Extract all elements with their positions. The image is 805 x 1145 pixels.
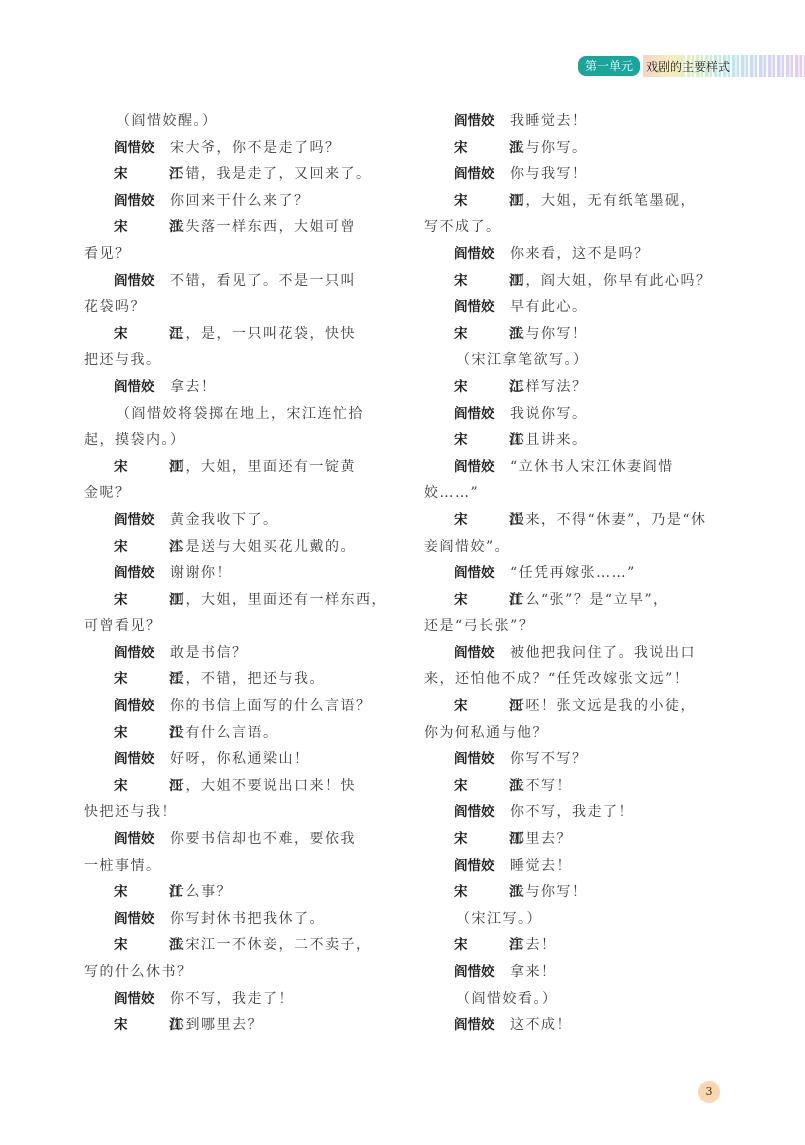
- dialogue-text: 哪里去？: [510, 831, 572, 847]
- dialogue-line: 阎惜姣拿来！: [424, 959, 724, 986]
- speaker-name: 阎惜姣: [454, 401, 510, 428]
- dialogue-text: 啊，大姐，里面还有一样东西，: [170, 592, 387, 608]
- dialogue-text: 你写封休书把我休了。: [170, 911, 325, 927]
- speaker-name: 宋 江: [454, 773, 510, 800]
- continuation-line: 来，还怕他不成？“任凭改嫁张文远”！: [424, 666, 724, 693]
- continuation-line: 还是“弓长张”？: [424, 613, 724, 640]
- dialogue-line: 阎惜姣你的书信上面写的什么言语？: [84, 693, 384, 720]
- dialogue-text: 没有什么言语。: [170, 725, 279, 741]
- continuation-text: 起，摸袋内。）: [84, 432, 186, 448]
- speaker-name: 宋 江: [454, 932, 510, 959]
- speaker-name: 阎惜姣: [114, 560, 170, 587]
- speaker-name: 阎惜姣: [454, 560, 510, 587]
- continuation-text: 把还与我。: [84, 352, 162, 368]
- speaker-name: 宋 江: [114, 321, 170, 348]
- speaker-name: 宋 江: [454, 135, 510, 162]
- speaker-name: 阎惜姣: [454, 454, 510, 481]
- speaker-name: 宋 江: [454, 826, 510, 853]
- dialogue-text: 好呀，你私通梁山！: [170, 751, 310, 767]
- dialogue-text: 你写不写？: [510, 751, 588, 767]
- dialogue-text: 本是送与大姐买花儿戴的。: [170, 539, 356, 555]
- speaker-name: 阎惜姣: [454, 241, 510, 268]
- speaker-name: 宋 江: [454, 188, 510, 215]
- continuation-text: 姣……”: [424, 485, 479, 501]
- dialogue-text: 我说你写。: [510, 406, 588, 422]
- dialogue-text: 嗳，不错，把还与我。: [170, 671, 325, 687]
- continuation-text: 一桩事情。: [84, 858, 162, 874]
- dialogue-line: 阎惜姣我说你写。: [424, 401, 724, 428]
- dialogue-line: 阎惜姣早有此心。: [424, 294, 724, 321]
- stage-direction: （宋江拿笔欲写。）: [424, 347, 724, 374]
- dialogue-line: 阎惜姣我睡觉去！: [424, 108, 724, 135]
- dialogue-line: 阎惜姣不错，看见了。不是一只叫: [84, 268, 384, 295]
- stage-direction-text: （阎惜姣将袋掷在地上，宋江连忙拾: [116, 406, 364, 422]
- dialogue-line: 阎惜姣“立休书人宋江休妻阎惜: [424, 454, 724, 481]
- speaker-name: 阎惜姣: [114, 507, 170, 534]
- unit-title: 戏剧的主要样式: [646, 58, 730, 75]
- dialogue-line: 宋 江我宋江一不休妾，二不卖子，: [84, 932, 384, 959]
- speaker-name: 宋 江: [114, 534, 170, 561]
- dialogue-line: 宋 江嗳，不错，把还与我。: [84, 666, 384, 693]
- speaker-name: 阎惜姣: [114, 826, 170, 853]
- dialogue-text: 不错，看见了。不是一只叫: [170, 273, 356, 289]
- continuation-text: 花袋吗？: [84, 299, 146, 315]
- continuation-text: 来，还怕他不成？“任凭改嫁张文远”！: [424, 671, 689, 687]
- dialogue-text: 是，是，一只叫花袋，快快: [170, 326, 356, 342]
- continuation-text: 妾阎惜姣”。: [424, 539, 510, 555]
- dialogue-line: 阎惜姣“任凭再嫁张……”: [424, 560, 724, 587]
- speaker-name: 阎惜姣: [454, 108, 510, 135]
- speaker-name: 宋 江: [114, 1012, 170, 1039]
- speaker-name: 阎惜姣: [454, 799, 510, 826]
- continuation-text: 金呢？: [84, 485, 131, 501]
- speaker-name: 阎惜姣: [454, 746, 510, 773]
- dialogue-line: 宋 江没有什么言语。: [84, 720, 384, 747]
- dialogue-line: 阎惜姣你不写，我走了！: [424, 799, 724, 826]
- dialogue-text: 怎样写法？: [510, 379, 588, 395]
- speaker-name: 阎惜姣: [454, 161, 510, 188]
- speaker-name: 宋 江: [114, 879, 170, 906]
- dialogue-line: 宋 江什么事？: [84, 879, 384, 906]
- dialogue-text: 被他把我问住了。我说出口: [510, 645, 696, 661]
- continuation-text: 可曾看见？: [84, 618, 162, 634]
- dialogue-text: 我与你写！: [510, 326, 588, 342]
- dialogue-text: 你来看，这不是吗？: [510, 246, 650, 262]
- dialogue-text: 你不写，我走了！: [170, 991, 294, 1007]
- continuation-line: 姣……”: [424, 480, 724, 507]
- stage-direction-text: （阎惜姣看。）: [456, 991, 558, 1007]
- dialogue-line: 宋 江我与你写。: [424, 135, 724, 162]
- dialogue-line: 宋 江拿去！: [424, 932, 724, 959]
- dialogue-text: 睡觉去！: [510, 858, 572, 874]
- dialogue-text: 这不成！: [510, 1017, 572, 1033]
- dialogue-line: 阎惜姣黄金我收下了。: [84, 507, 384, 534]
- dialogue-line: 阎惜姣拿去！: [84, 374, 384, 401]
- continuation-line: 写的什么休书？: [84, 959, 384, 986]
- stage-direction-text: （宋江拿笔欲写。）: [456, 352, 589, 368]
- dialogue-text: 我睡觉去！: [510, 113, 588, 129]
- continuation-line: 花袋吗？: [84, 294, 384, 321]
- dialogue-text: 我失落一样东西，大姐可曾: [170, 219, 356, 235]
- speaker-name: 宋 江: [114, 773, 170, 800]
- dialogue-line: 宋 江我失落一样东西，大姐可曾: [84, 214, 384, 241]
- unit-title-banner: 戏剧的主要样式: [643, 55, 805, 77]
- dialogue-text: 拿去！: [170, 379, 217, 395]
- speaker-name: 阎惜姣: [114, 986, 170, 1013]
- dialogue-line: 宋 江啊，大姐，里面还有一锭黄: [84, 454, 384, 481]
- dialogue-text: 你回来干什么来了？: [170, 193, 310, 209]
- dialogue-line: 阎惜姣敢是书信？: [84, 640, 384, 667]
- stage-direction: （阎惜姣醒。）: [84, 108, 384, 135]
- continuation-text: 写的什么休书？: [84, 964, 193, 980]
- dialogue-text: 黄金我收下了。: [170, 512, 279, 528]
- dialogue-text: 不错，我是走了，又回来了。: [170, 166, 372, 182]
- speaker-name: 宋 江: [114, 932, 170, 959]
- speaker-name: 阎惜姣: [454, 1012, 510, 1039]
- stage-direction: （阎惜姣看。）: [424, 986, 724, 1013]
- speaker-name: 宋 江: [114, 214, 170, 241]
- dialogue-text: 你到哪里去？: [170, 1017, 263, 1033]
- speaker-name: 宋 江: [454, 268, 510, 295]
- dialogue-line: 阎惜姣你要书信却也不难，要依我: [84, 826, 384, 853]
- left-column: （阎惜姣醒。）阎惜姣宋大爷，你不是走了吗？宋 江不错，我是走了，又回来了。阎惜姣…: [84, 108, 384, 1039]
- dialogue-line: 阎惜姣你不写，我走了！: [84, 986, 384, 1013]
- continuation-text: 你为何私通与他？: [424, 725, 548, 741]
- continuation-line: 写不成了。: [424, 214, 724, 241]
- dialogue-line: 宋 江呀呸！张文远是我的小徒，: [424, 693, 724, 720]
- dialogue-text: 谢谢你！: [170, 565, 232, 581]
- continuation-text: 快把还与我！: [84, 804, 177, 820]
- dialogue-text: 啊，大姐，里面还有一锭黄: [170, 459, 356, 475]
- speaker-name: 宋 江: [454, 374, 510, 401]
- speaker-name: 宋 江: [114, 161, 170, 188]
- continuation-text: 看见？: [84, 246, 131, 262]
- dialogue-text: 慢来，不得“休妻”，乃是“休: [510, 512, 706, 528]
- right-column: 阎惜姣我睡觉去！宋 江我与你写。阎惜姣你与我写！宋 江啊，大姐，无有纸笔墨砚，写…: [424, 108, 724, 1039]
- dialogue-line: 阎惜姣这不成！: [424, 1012, 724, 1039]
- dialogue-line: 宋 江啊，大姐，无有纸笔墨砚，: [424, 188, 724, 215]
- dialogue-text: 呀呸！张文远是我的小徒，: [510, 698, 696, 714]
- dialogue-text: 拿来！: [510, 964, 557, 980]
- dialogue-line: 宋 江不错，我是走了，又回来了。: [84, 161, 384, 188]
- dialogue-line: 宋 江我不写！: [424, 773, 724, 800]
- continuation-line: 你为何私通与他？: [424, 720, 724, 747]
- continuation-line: 快把还与我！: [84, 799, 384, 826]
- speaker-name: 宋 江: [114, 720, 170, 747]
- dialogue-text: 敢是书信？: [170, 645, 248, 661]
- dialogue-text: 什么“张”？是“立早”，: [510, 592, 669, 608]
- speaker-name: 宋 江: [454, 587, 510, 614]
- dialogue-text: 宋大爷，你不是走了吗？: [170, 140, 341, 156]
- speaker-name: 宋 江: [114, 587, 170, 614]
- dialogue-line: 阎惜姣睡觉去！: [424, 853, 724, 880]
- dialogue-line: 阎惜姣被他把我问住了。我说出口: [424, 640, 724, 667]
- continuation-line: 起，摸袋内。）: [84, 427, 384, 454]
- dialogue-text: 什么事？: [170, 884, 232, 900]
- dialogue-line: 阎惜姣好呀，你私通梁山！: [84, 746, 384, 773]
- page-number: 3: [698, 1081, 720, 1103]
- stage-direction: （宋江写。）: [424, 906, 724, 933]
- dialogue-line: 宋 江啊，阎大姐，你早有此心吗？: [424, 268, 724, 295]
- continuation-line: 妾阎惜姣”。: [424, 534, 724, 561]
- stage-direction-text: （宋江写。）: [456, 911, 542, 927]
- dialogue-text: 你的书信上面写的什么言语？: [170, 698, 372, 714]
- speaker-name: 阎惜姣: [114, 640, 170, 667]
- dialogue-line: 宋 江什么“张”？是“立早”，: [424, 587, 724, 614]
- continuation-text: 写不成了。: [424, 219, 502, 235]
- continuation-text: 还是“弓长张”？: [424, 618, 534, 634]
- speaker-name: 宋 江: [114, 454, 170, 481]
- dialogue-line: 宋 江慢来，不得“休妻”，乃是“休: [424, 507, 724, 534]
- dialogue-line: 阎惜姣谢谢你！: [84, 560, 384, 587]
- speaker-name: 阎惜姣: [114, 374, 170, 401]
- speaker-name: 阎惜姣: [114, 135, 170, 162]
- speaker-name: 宋 江: [454, 321, 510, 348]
- unit-badge: 第一单元: [578, 56, 640, 76]
- dialogue-line: 宋 江哪里去？: [424, 826, 724, 853]
- speaker-name: 阎惜姣: [114, 693, 170, 720]
- speaker-name: 阎惜姣: [114, 906, 170, 933]
- continuation-line: 看见？: [84, 241, 384, 268]
- dialogue-line: 宋 江我与你写！: [424, 321, 724, 348]
- speaker-name: 宋 江: [454, 693, 510, 720]
- dialogue-line: 宋 江你到哪里去？: [84, 1012, 384, 1039]
- page-header: 第一单元 戏剧的主要样式: [578, 55, 805, 77]
- dialogue-text: “任凭再嫁张……”: [510, 565, 636, 581]
- speaker-name: 宋 江: [454, 879, 510, 906]
- dialogue-line: 宋 江本是送与大姐买花儿戴的。: [84, 534, 384, 561]
- dialogue-text: 你且讲来。: [510, 432, 588, 448]
- dialogue-text: 我不写！: [510, 778, 572, 794]
- dialogue-text: “立休书人宋江休妻阎惜: [510, 459, 674, 475]
- stage-direction: （阎惜姣将袋掷在地上，宋江连忙拾: [84, 401, 384, 428]
- dialogue-line: 阎惜姣你写不写？: [424, 746, 724, 773]
- speaker-name: 阎惜姣: [454, 294, 510, 321]
- dialogue-text: 你要书信却也不难，要依我: [170, 831, 356, 847]
- speaker-name: 阎惜姣: [114, 268, 170, 295]
- dialogue-text: 呀，大姐不要说出口来！快: [170, 778, 356, 794]
- dialogue-line: 阎惜姣宋大爷，你不是走了吗？: [84, 135, 384, 162]
- speaker-name: 阎惜姣: [114, 746, 170, 773]
- continuation-line: 一桩事情。: [84, 853, 384, 880]
- dialogue-line: 阎惜姣你回来干什么来了？: [84, 188, 384, 215]
- dialogue-text: 啊，大姐，无有纸笔墨砚，: [510, 193, 696, 209]
- dialogue-text: 啊，阎大姐，你早有此心吗？: [510, 273, 712, 289]
- stage-direction-text: （阎惜姣醒。）: [116, 113, 218, 129]
- dialogue-text: 我与你写。: [510, 140, 588, 156]
- dialogue-text: 早有此心。: [510, 299, 588, 315]
- dialogue-text: 我与你写！: [510, 884, 588, 900]
- dialogue-line: 宋 江我与你写！: [424, 879, 724, 906]
- continuation-line: 把还与我。: [84, 347, 384, 374]
- speaker-name: 阎惜姣: [454, 959, 510, 986]
- speaker-name: 宋 江: [454, 507, 510, 534]
- dialogue-line: 宋 江怎样写法？: [424, 374, 724, 401]
- speaker-name: 阎惜姣: [454, 640, 510, 667]
- speaker-name: 宋 江: [114, 666, 170, 693]
- dialogue-line: 阎惜姣你与我写！: [424, 161, 724, 188]
- dialogue-line: 阎惜姣你来看，这不是吗？: [424, 241, 724, 268]
- speaker-name: 阎惜姣: [454, 853, 510, 880]
- dialogue-line: 宋 江啊，大姐，里面还有一样东西，: [84, 587, 384, 614]
- speaker-name: 阎惜姣: [114, 188, 170, 215]
- continuation-line: 可曾看见？: [84, 613, 384, 640]
- dialogue-text: 拿去！: [510, 937, 557, 953]
- dialogue-text: 你不写，我走了！: [510, 804, 634, 820]
- dialogue-text: 你与我写！: [510, 166, 588, 182]
- dialogue-text: 我宋江一不休妾，二不卖子，: [170, 937, 372, 953]
- dialogue-line: 宋 江呀，大姐不要说出口来！快: [84, 773, 384, 800]
- dialogue-line: 宋 江你且讲来。: [424, 427, 724, 454]
- continuation-line: 金呢？: [84, 480, 384, 507]
- dialogue-line: 阎惜姣你写封休书把我休了。: [84, 906, 384, 933]
- dialogue-line: 宋 江是，是，一只叫花袋，快快: [84, 321, 384, 348]
- speaker-name: 宋 江: [454, 427, 510, 454]
